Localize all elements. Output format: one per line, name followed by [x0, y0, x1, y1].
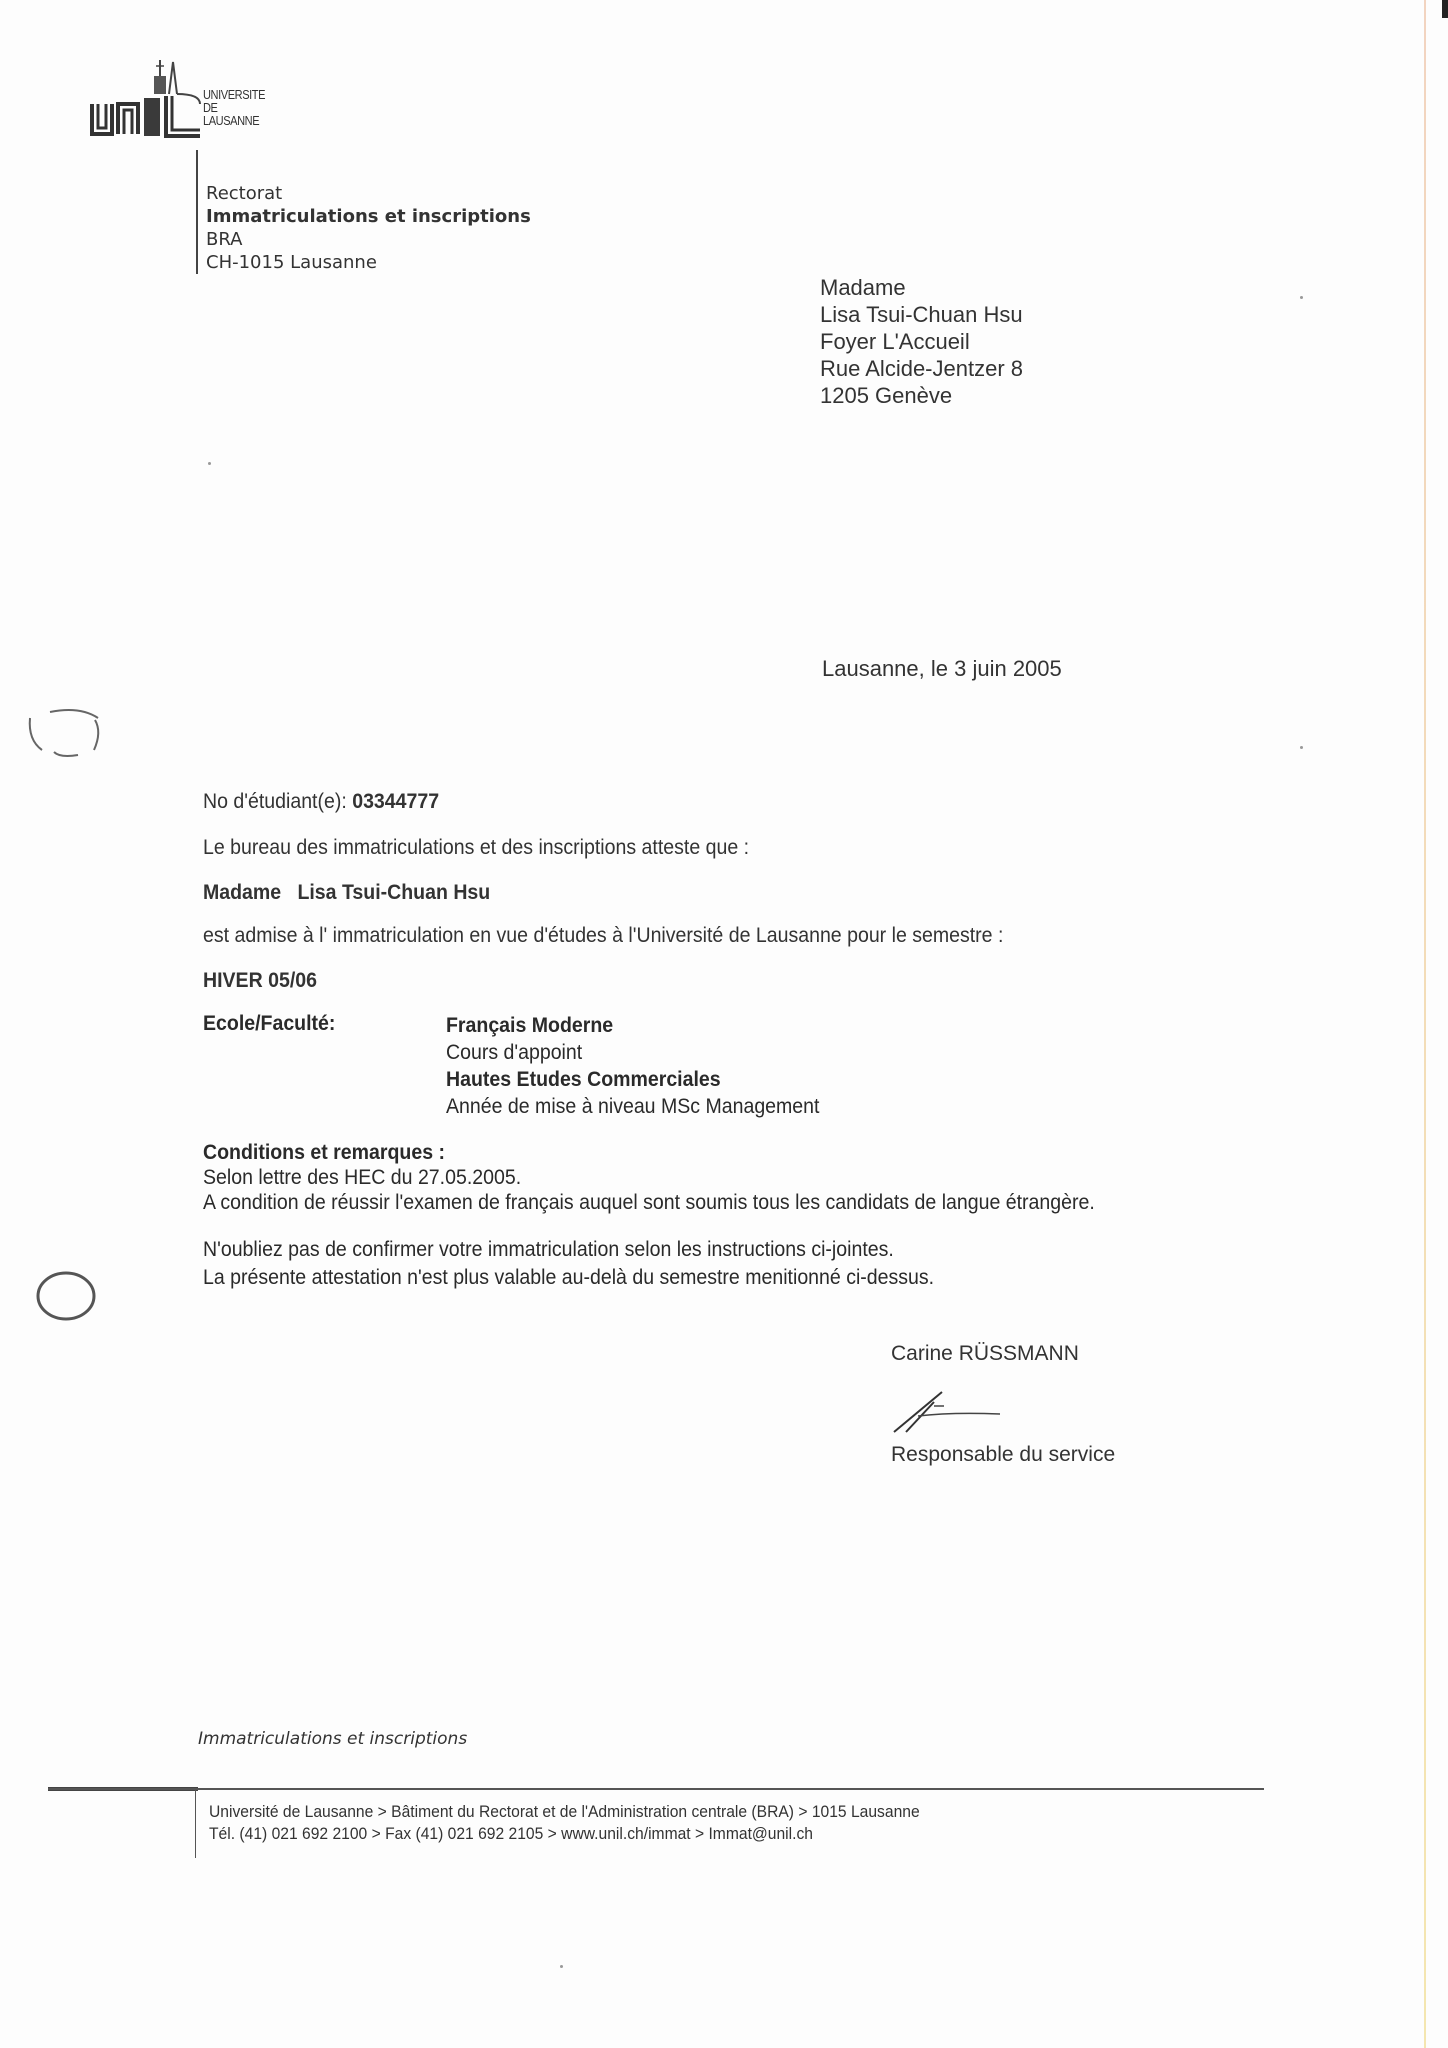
signer-role: Responsable du service [891, 1443, 1115, 1467]
footer-department: Immatriculations et inscriptions [198, 1729, 467, 1749]
admission-line: est admise à l' immatriculation en vue d… [203, 924, 1003, 948]
student-name: Lisa Tsui-Chuan Hsu [297, 881, 490, 904]
recipient-city: 1205 Genève [820, 382, 1023, 409]
university-logo: UNIVERSITE DE LAUSANNE [90, 58, 290, 142]
student-number: 03344777 [352, 790, 439, 813]
recipient-address-line2: Rue Alcide-Jentzer 8 [820, 355, 1023, 382]
logo-line: LAUSANNE [203, 114, 265, 127]
attestation-line: Le bureau des immatriculations et des in… [203, 836, 749, 860]
condition-item: A condition de réussir l'examen de franç… [203, 1190, 1095, 1215]
sender-address-block: Rectorat Immatriculations et inscription… [196, 150, 531, 274]
student-number-line: No d'étudiant(e): 03344777 [203, 790, 439, 814]
sender-rectorat: Rectorat [206, 182, 531, 205]
signer-name: Carine RÜSSMANN [891, 1342, 1079, 1366]
faculty-item: Année de mise à niveau MSc Management [446, 1093, 819, 1120]
note-item: N'oubliez pas de confirmer votre immatri… [203, 1236, 934, 1264]
handwritten-signature-icon [882, 1380, 1002, 1440]
student-salutation: Madame [203, 881, 281, 904]
scan-speck [208, 462, 211, 465]
footer-vertical-rule [195, 1790, 196, 1858]
faculty-item: Cours d'appoint [446, 1039, 819, 1066]
punch-hole-mark-icon [20, 700, 110, 770]
semester: HIVER 05/06 [203, 969, 317, 993]
sender-city: CH-1015 Lausanne [206, 251, 531, 274]
sender-building: BRA [206, 228, 531, 251]
student-full-name: Madame Lisa Tsui-Chuan Hsu [203, 881, 490, 905]
letter-date: Lausanne, le 3 juin 2005 [822, 656, 1062, 682]
scan-edge-mark [1442, 0, 1448, 18]
logo-wordmark: UNIVERSITE DE LAUSANNE [203, 88, 265, 127]
footer-divider [48, 1788, 1264, 1790]
punch-hole-mark-icon [28, 1262, 108, 1332]
notes-block: N'oubliez pas de confirmer votre immatri… [203, 1236, 934, 1292]
note-item: La présente attestation n'est plus valab… [203, 1264, 934, 1292]
scan-speck [560, 1965, 563, 1968]
faculty-list: Français Moderne Cours d'appoint Hautes … [446, 1012, 819, 1120]
recipient-address-block: Madame Lisa Tsui-Chuan Hsu Foyer L'Accue… [820, 274, 1023, 409]
scan-edge-line [1424, 0, 1426, 2048]
unil-logo-icon [90, 58, 205, 142]
footer-contact: Tél. (41) 021 692 2100 > Fax (41) 021 69… [209, 1823, 920, 1845]
faculty-item: Français Moderne [446, 1012, 819, 1039]
footer-contact-block: Université de Lausanne > Bâtiment du Rec… [209, 1801, 920, 1845]
faculty-label: Ecole/Faculté: [203, 1012, 335, 1036]
footer-address: Université de Lausanne > Bâtiment du Rec… [209, 1801, 920, 1823]
condition-item: Selon lettre des HEC du 27.05.2005. [203, 1165, 1095, 1190]
sender-department: Immatriculations et inscriptions [206, 205, 531, 228]
conditions-title: Conditions et remarques : [203, 1140, 1095, 1165]
student-number-label: No d'étudiant(e): [203, 790, 352, 813]
recipient-salutation: Madame [820, 274, 1023, 301]
faculty-item: Hautes Etudes Commerciales [446, 1066, 819, 1093]
scan-speck [1300, 746, 1303, 749]
recipient-address-line1: Foyer L'Accueil [820, 328, 1023, 355]
recipient-name: Lisa Tsui-Chuan Hsu [820, 301, 1023, 328]
conditions-block: Conditions et remarques : Selon lettre d… [203, 1140, 1095, 1215]
scan-speck [1300, 296, 1303, 299]
